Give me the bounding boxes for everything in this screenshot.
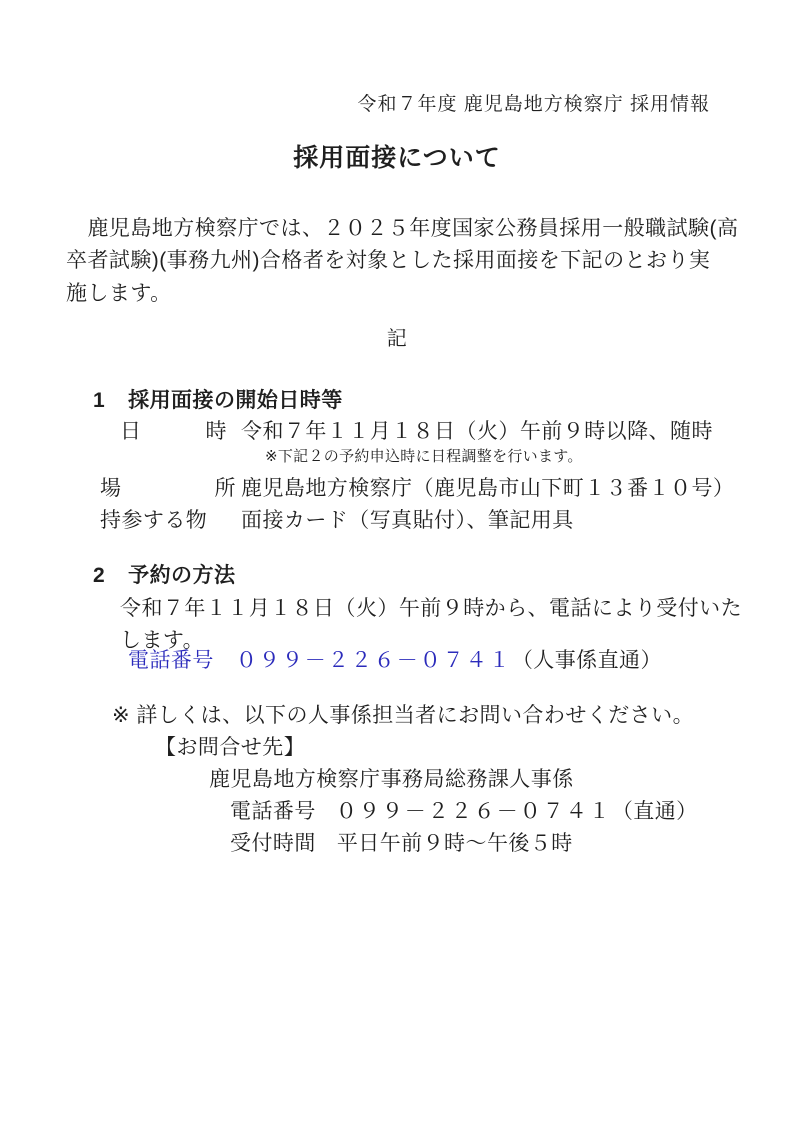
place-value: 鹿児島地方検察庁（鹿児島市山下町１３番１０号）	[241, 476, 734, 502]
phone-number: ０９９－２２６－０７４１	[236, 649, 512, 672]
section-1-heading-text: 採用面接の開始日時等	[128, 389, 343, 412]
contact-phone-label: 電話番号	[230, 800, 316, 823]
contact-hours-value: 平日午前９時～午後５時	[337, 832, 573, 855]
place-label-end: 所	[215, 476, 236, 502]
contact-note: ※ 詳しくは、以下の人事係担当者にお問い合わせください。	[112, 703, 694, 729]
datetime-label: 日 時	[120, 419, 227, 445]
phone-suffix: （人事係直通）	[512, 649, 662, 672]
datetime-label-start: 日	[120, 419, 141, 445]
contact-phone-suffix: （直通）	[612, 800, 698, 823]
doc-header: 令和７年度 鹿児島地方検察庁 採用情報	[0, 92, 710, 118]
phone-label: 電話番号	[128, 649, 214, 672]
contact-phone-line: 電話番号０９９－２２６－０７４１（直通）	[230, 799, 698, 825]
contact-heading: 【お問合せ先】	[155, 735, 305, 761]
intro-paragraph: 鹿児島地方検察庁では、２０２５年度国家公務員採用一般職試験(高 卒者試験)(事務…	[66, 213, 766, 310]
phone-line: 電話番号０９９－２２６－０７４１（人事係直通）	[128, 648, 662, 674]
datetime-label-end: 時	[206, 419, 227, 445]
place-label-start: 場	[100, 476, 121, 502]
document-page: 令和７年度 鹿児島地方検察庁 採用情報 採用面接について 鹿児島地方検察庁では、…	[0, 0, 794, 1123]
bring-label: 持参する物	[100, 508, 207, 534]
contact-hours-line: 受付時間平日午前９時～午後５時	[230, 831, 573, 857]
place-label: 場 所	[100, 476, 236, 502]
contact-hours-label: 受付時間	[230, 832, 316, 855]
section-1-number: 1	[93, 388, 105, 414]
contact-office: 鹿児島地方検察庁事務局総務課人事係	[209, 767, 574, 793]
ki-separator: 記	[0, 326, 794, 352]
section-1-heading: 1採用面接の開始日時等	[93, 388, 343, 414]
datetime-value: 令和７年１１月１８日（火）午前９時以降、随時	[241, 419, 713, 445]
section-2-heading: 2予約の方法	[93, 563, 235, 589]
bring-value: 面接カード（写真貼付）、筆記用具	[241, 508, 574, 534]
contact-phone-number: ０９９－２２６－０７４１	[336, 800, 612, 823]
section-2-heading-text: 予約の方法	[128, 564, 235, 587]
schedule-note: ※下記２の予約申込時に日程調整を行います。	[265, 444, 583, 470]
page-title: 採用面接について	[0, 145, 794, 171]
section-2-number: 2	[93, 563, 105, 589]
